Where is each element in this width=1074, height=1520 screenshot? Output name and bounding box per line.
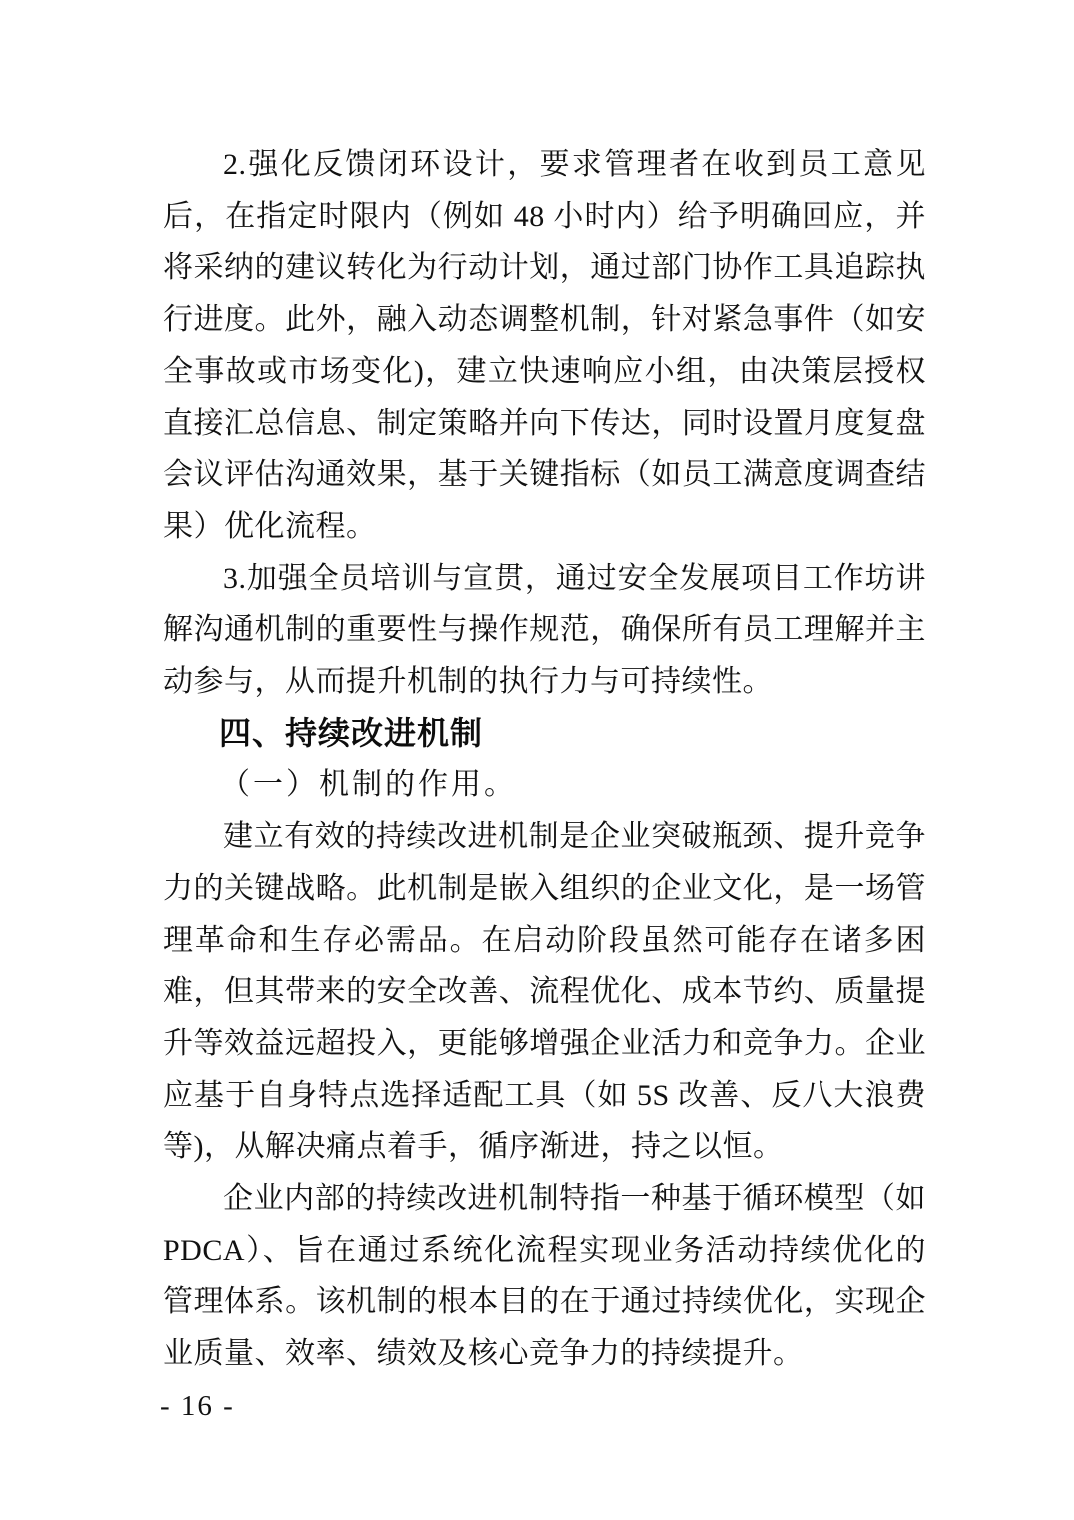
paragraph-pdca-definition: 企业内部的持续改进机制特指一种基于循环模型（如 PDCA）、旨在通过系统化流程实… xyxy=(163,1173,926,1380)
subsection-heading-mechanism-role: （一）机制的作用。 xyxy=(163,759,926,811)
paragraph-training-promotion: 3.加强全员培训与宣贯，通过安全发展项目工作坊讲解沟通机制的重要性与操作规范，确… xyxy=(163,553,926,708)
document-page: 2.强化反馈闭环设计，要求管理者在收到员工意见后，在指定时限内（例如 48 小时… xyxy=(0,0,1074,1520)
document-content: 2.强化反馈闭环设计，要求管理者在收到员工意见后，在指定时限内（例如 48 小时… xyxy=(163,139,926,1380)
page-number: - 16 - xyxy=(160,1388,235,1424)
paragraph-mechanism-strategy: 建立有效的持续改进机制是企业突破瓶颈、提升竞争力的关键战略。此机制是嵌入组织的企… xyxy=(163,811,926,1173)
paragraph-feedback-loop: 2.强化反馈闭环设计，要求管理者在收到员工意见后，在指定时限内（例如 48 小时… xyxy=(163,139,926,553)
section-heading-continuous-improvement: 四、持续改进机制 xyxy=(163,708,926,760)
